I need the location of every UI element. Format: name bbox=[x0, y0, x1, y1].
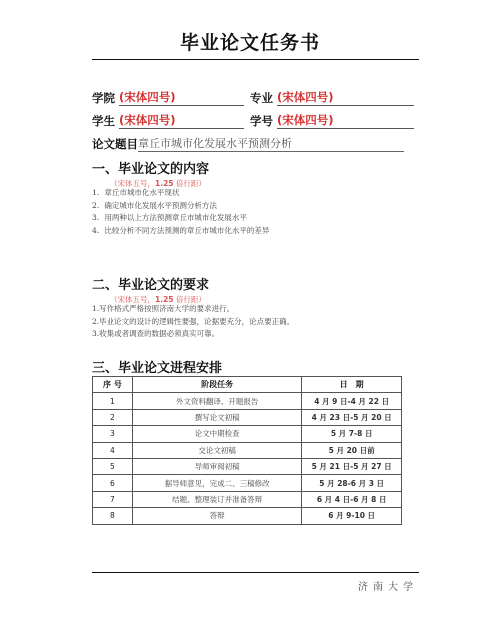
section-heading-content: 一、毕业论文的内容 bbox=[92, 158, 209, 177]
cell-date: 6 月 9-10 日 bbox=[302, 508, 402, 524]
cell-no: 2 bbox=[93, 409, 133, 425]
field-student: 学生 (宋体四号) bbox=[92, 112, 244, 129]
footer-rule bbox=[92, 572, 419, 573]
cell-date: 5 月 21 日-5 月 27 日 bbox=[302, 458, 402, 474]
cell-date: 5 月 28-6 月 3 日 bbox=[302, 475, 402, 491]
footer-university: 济南大学 bbox=[358, 578, 418, 593]
cell-no: 6 bbox=[93, 475, 133, 491]
cell-no: 1 bbox=[93, 393, 133, 409]
field-value[interactable]: (宋体四号) bbox=[119, 112, 178, 129]
table-row: 6 据导师意见，完成二、三稿修改 5 月 28-6 月 3 日 bbox=[93, 475, 402, 491]
table-row: 3 论文中期检查 5 月 7-8 日 bbox=[93, 426, 402, 442]
table-row: 8 答辩 6 月 9-10 日 bbox=[93, 508, 402, 524]
cell-task: 论文中期检查 bbox=[132, 426, 301, 442]
field-college: 学院 (宋体四号) bbox=[92, 89, 244, 106]
underline bbox=[178, 116, 244, 129]
table-header-row: 序 号 阶段任务 日 期 bbox=[93, 377, 402, 393]
table-row: 2 撰写论文初稿 4 月 23 日-5 月 20 日 bbox=[93, 409, 402, 425]
field-label: 论文题目 bbox=[92, 136, 138, 152]
field-label: 学生 bbox=[92, 113, 115, 129]
table-row: 7 结题、整理装订并准备答辩 6 月 4 日-6 月 8 日 bbox=[93, 491, 402, 507]
cell-date: 4 月 9 日-4 月 22 日 bbox=[302, 393, 402, 409]
field-major: 专业 (宋体四号) bbox=[250, 89, 414, 106]
list-item: 1.写作格式严格按照济南大学的要求进行。 bbox=[92, 303, 294, 316]
schedule-table: 序 号 阶段任务 日 期 1 外文资料翻译、开题报告 4 月 9 日-4 月 2… bbox=[92, 376, 402, 525]
field-value[interactable]: (宋体四号) bbox=[119, 89, 178, 106]
field-value[interactable]: (宋体四号) bbox=[277, 89, 336, 106]
field-value[interactable]: 章丘市城市化发展水平预测分析 bbox=[138, 135, 404, 152]
content-list: 1. 章丘市城市化水平现状 2. 确定城市化发展水平预测分析方法 3. 用两种以… bbox=[92, 187, 269, 237]
cell-date: 5 月 20 日前 bbox=[302, 442, 402, 458]
list-item: 1. 章丘市城市化水平现状 bbox=[92, 187, 269, 200]
field-value[interactable]: (宋体四号) bbox=[277, 112, 336, 129]
cell-task: 交论文初稿 bbox=[132, 442, 301, 458]
list-item: 2.毕业论文的设计的逻辑性要强，论据要充分，论点要正确。 bbox=[92, 316, 294, 329]
cell-no: 8 bbox=[93, 508, 133, 524]
cell-no: 4 bbox=[93, 442, 133, 458]
cell-task: 外文资料翻译、开题报告 bbox=[132, 393, 301, 409]
requirements-list: 1.写作格式严格按照济南大学的要求进行。 2.毕业论文的设计的逻辑性要强，论据要… bbox=[92, 303, 294, 341]
document-title: 毕业论文任务书 bbox=[0, 28, 500, 55]
field-label: 学院 bbox=[92, 90, 115, 106]
cell-task: 结题、整理装订并准备答辩 bbox=[132, 491, 301, 507]
list-item: 2. 确定城市化发展水平预测分析方法 bbox=[92, 200, 269, 213]
field-thesis-title: 论文题目 章丘市城市化发展水平预测分析 bbox=[92, 135, 404, 152]
field-student-id: 学号 (宋体四号) bbox=[250, 112, 414, 129]
underline bbox=[178, 93, 244, 106]
cell-task: 答辩 bbox=[132, 508, 301, 524]
table-row: 5 导师审阅初稿 5 月 21 日-5 月 27 日 bbox=[93, 458, 402, 474]
field-label: 学号 bbox=[250, 113, 273, 129]
document-page: 毕业论文任务书 学院 (宋体四号) 专业 (宋体四号) 学生 (宋体四号) 学号… bbox=[0, 0, 500, 625]
column-header-no: 序 号 bbox=[93, 377, 133, 393]
underline bbox=[336, 116, 414, 129]
list-item: 3.收集或者调查的数据必须真实可靠。 bbox=[92, 328, 294, 341]
list-item: 3. 用两种以上方法预测章丘市城市化发展水平 bbox=[92, 212, 269, 225]
section-heading-requirements: 二、毕业论文的要求 bbox=[92, 274, 209, 293]
table-row: 4 交论文初稿 5 月 20 日前 bbox=[93, 442, 402, 458]
cell-no: 5 bbox=[93, 458, 133, 474]
cell-date: 5 月 7-8 日 bbox=[302, 426, 402, 442]
cell-task: 导师审阅初稿 bbox=[132, 458, 301, 474]
section-heading-schedule: 三、毕业论文进程安排 bbox=[92, 357, 222, 376]
cell-task: 撰写论文初稿 bbox=[132, 409, 301, 425]
underline bbox=[336, 93, 414, 106]
table-row: 1 外文资料翻译、开题报告 4 月 9 日-4 月 22 日 bbox=[93, 393, 402, 409]
column-header-date: 日 期 bbox=[302, 377, 402, 393]
list-item: 4. 比较分析不同方法预测的章丘市城市化水平的差异 bbox=[92, 225, 269, 238]
cell-task: 据导师意见，完成二、三稿修改 bbox=[132, 475, 301, 491]
header-rule bbox=[92, 59, 419, 60]
cell-date: 4 月 23 日-5 月 20 日 bbox=[302, 409, 402, 425]
cell-no: 3 bbox=[93, 426, 133, 442]
cell-date: 6 月 4 日-6 月 8 日 bbox=[302, 491, 402, 507]
cell-no: 7 bbox=[93, 491, 133, 507]
column-header-task: 阶段任务 bbox=[132, 377, 301, 393]
field-label: 专业 bbox=[250, 90, 273, 106]
